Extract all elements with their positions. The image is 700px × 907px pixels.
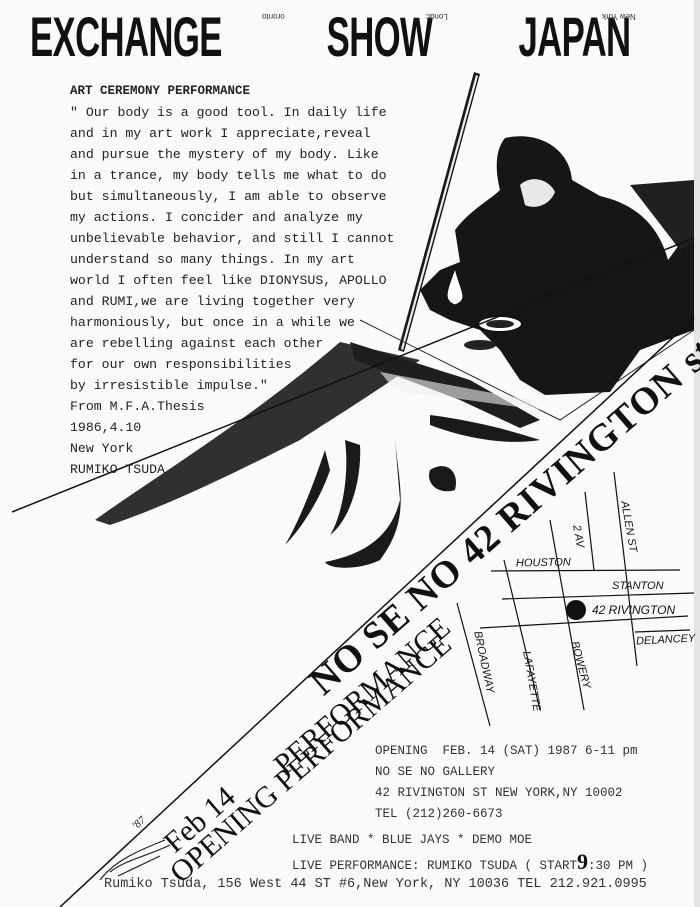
statement-line: unbelievable behavior, and still I canno… <box>70 231 394 246</box>
contact-footer: Rumiko Tsuda, 156 West 44 ST #6,New York… <box>104 877 647 892</box>
live-performance-prefix: LIVE PERFORMANCE: RUMIKO TSUDA ( START <box>292 859 577 873</box>
statement-line: world I often feel like DIONYSUS, APOLLO <box>70 273 387 288</box>
statement-source: From M.F.A.Thesis <box>70 399 205 414</box>
statement-line: in a trance, my body tells me what to do <box>70 168 387 183</box>
gallery-name: NO SE NO GALLERY <box>375 765 495 779</box>
live-band: LIVE BAND * BLUE JAYS * DEMO MOE <box>292 833 532 847</box>
artist-statement: ART CEREMONY PERFORMANCE " Our body is a… <box>70 80 394 480</box>
statement-line: by irresistible impulse." <box>70 378 268 393</box>
opening-info: OPENING FEB. 14 (SAT) 1987 6-11 pm <box>375 744 638 758</box>
statement-line: understand so many things. In my art <box>70 252 355 267</box>
statement-line: and RUMI,we are living together very <box>70 294 355 309</box>
map-marker-icon <box>566 600 586 620</box>
gallery-address: 42 RIVINGTON ST NEW YORK,NY 10002 <box>375 786 623 800</box>
statement-line: but simultaneously, I am able to observe <box>70 189 387 204</box>
map-marker-label: 42 RIVINGTON <box>592 603 675 617</box>
statement-place: New York <box>70 441 133 456</box>
statement-date: 1986,4.10 <box>70 420 141 435</box>
event-details: OPENING FEB. 14 (SAT) 1987 6-11 pm NO SE… <box>375 741 638 825</box>
statement-line: my actions. I concider and analyze my <box>70 210 363 225</box>
statement-line: for our own responsibilities <box>70 357 292 372</box>
statement-line: " Our body is a good tool. In daily life <box>70 105 387 120</box>
statement-line: harmoniously, but once in a while we <box>70 315 355 330</box>
map-label-stanton: STANTON <box>612 580 664 592</box>
statement-line: are rebelling against each other <box>70 336 323 351</box>
gallery-phone: TEL (212)260-6673 <box>375 807 503 821</box>
statement-heading: ART CEREMONY PERFORMANCE <box>70 84 250 98</box>
live-performance-suffix: :30 PM ) <box>588 859 648 873</box>
statement-author: RUMIKO TSUDA <box>70 462 165 477</box>
statement-line: and in my art work I appreciate,reveal <box>70 126 371 141</box>
performance-details: LIVE BAND * BLUE JAYS * DEMO MOE LIVE PE… <box>292 830 648 877</box>
map-label-houston: HOUSTON <box>516 557 571 570</box>
statement-line: and pursue the mystery of my body. Like <box>70 147 379 162</box>
start-hour: 9 <box>577 849 588 874</box>
